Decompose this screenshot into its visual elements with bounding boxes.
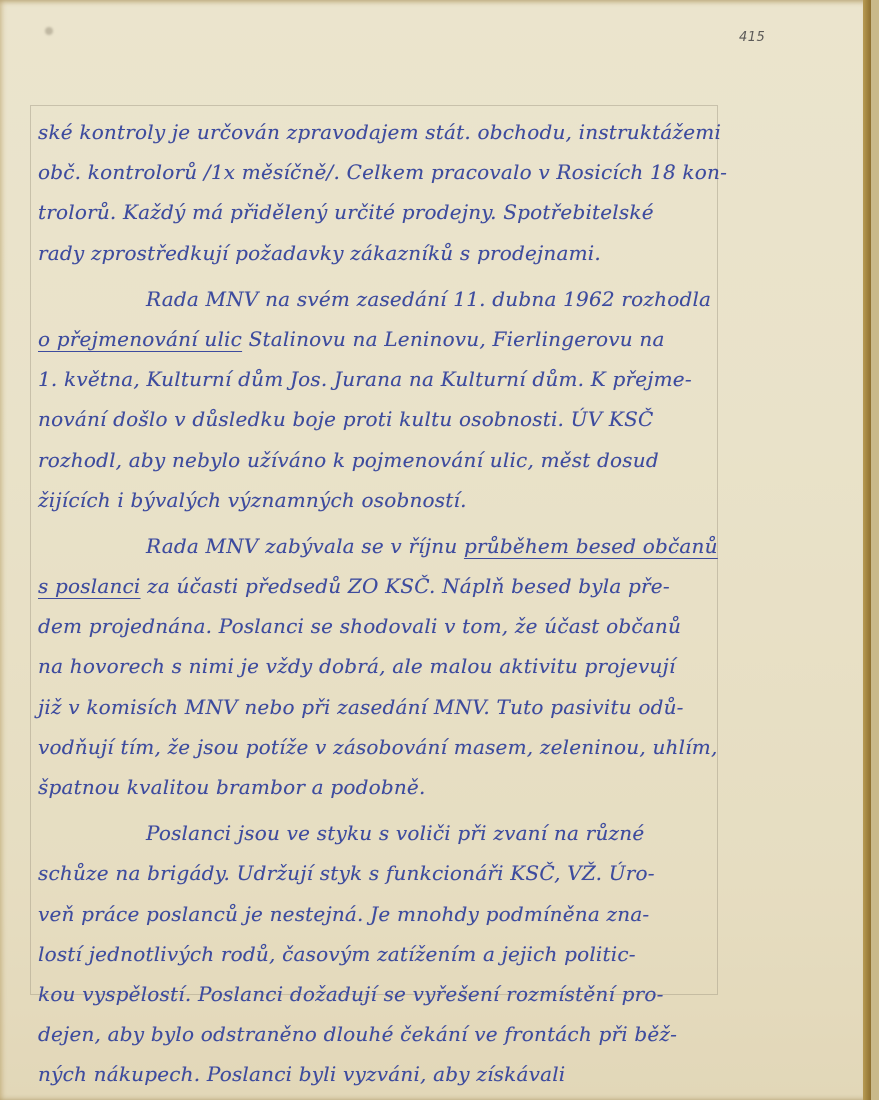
text-segment: za účasti předsedů ZO KSČ. Náplň besed b… <box>141 574 670 598</box>
text-line: na hovorech s nimi je vždy dobrá, ale ma… <box>38 646 728 686</box>
text-line: žijících i bývalých významných osobností… <box>38 480 728 520</box>
text-segment: Stalinovu na Leninovu, Fierlingerovu na <box>242 327 665 351</box>
text-line: rady zprostředkují požadavky zákazníků s… <box>38 233 728 273</box>
paragraph-4: Poslanci jsou ve styku s voliči při zvan… <box>38 813 728 1094</box>
page-binding-edge <box>863 0 871 1100</box>
text-line: Rada MNV zabývala se v říjnu průběhem be… <box>38 526 728 566</box>
paragraph-2: Rada MNV na svém zasedání 11. dubna 1962… <box>38 279 728 520</box>
text-line: veň práce poslanců je nestejná. Je mnohd… <box>38 894 728 934</box>
text-line: schůze na brigády. Udržují styk s funkci… <box>38 853 728 893</box>
text-line: dem projednána. Poslanci se shodovali v … <box>38 606 728 646</box>
text-line: ské kontroly je určován zpravodajem stát… <box>38 112 728 152</box>
text-line: o přejmenování ulic Stalinovu na Leninov… <box>38 319 728 359</box>
text-line: vodňují tím, že jsou potíže v zásobování… <box>38 727 728 767</box>
underlined-phrase: průběhem besed občanů <box>464 534 718 558</box>
text-line: lostí jednotlivých rodů, časovým zatížen… <box>38 934 728 974</box>
text-line: ných nákupech. Poslanci byli vyzváni, ab… <box>38 1054 728 1094</box>
manuscript-page: 415 ské kontroly je určován zpravodajem … <box>0 0 871 1100</box>
text-line: dejen, aby bylo odstraněno dlouhé čekání… <box>38 1014 728 1054</box>
underlined-phrase: o přejmenování ulic <box>38 327 242 351</box>
text-segment: Rada MNV zabývala se v říjnu <box>146 534 464 558</box>
text-line: obč. kontrolorů /1x měsíčně/. Celkem pra… <box>38 152 728 192</box>
text-line: Poslanci jsou ve styku s voliči při zvan… <box>38 813 728 853</box>
ink-spot <box>45 27 53 35</box>
paragraph-3: Rada MNV zabývala se v říjnu průběhem be… <box>38 526 728 807</box>
text-line: nování došlo v důsledku boje proti kultu… <box>38 399 728 439</box>
handwritten-text-block: ské kontroly je určován zpravodajem stát… <box>38 112 728 1095</box>
text-line: rozhodl, aby nebylo užíváno k pojmenován… <box>38 440 728 480</box>
page-number: 415 <box>739 30 765 45</box>
text-line: s poslanci za účasti předsedů ZO KSČ. Ná… <box>38 566 728 606</box>
text-line: již v komisích MNV nebo při zasedání MNV… <box>38 687 728 727</box>
text-line: kou vyspělostí. Poslanci dožadují se vyř… <box>38 974 728 1014</box>
text-line: 1. května, Kulturní dům Jos. Jurana na K… <box>38 359 728 399</box>
text-line: špatnou kvalitou brambor a podobně. <box>38 767 728 807</box>
text-line: Rada MNV na svém zasedání 11. dubna 1962… <box>38 279 728 319</box>
text-line: trolorů. Každý má přidělený určité prode… <box>38 192 728 232</box>
paragraph-1: ské kontroly je určován zpravodajem stát… <box>38 112 728 273</box>
underlined-phrase: s poslanci <box>38 574 141 598</box>
